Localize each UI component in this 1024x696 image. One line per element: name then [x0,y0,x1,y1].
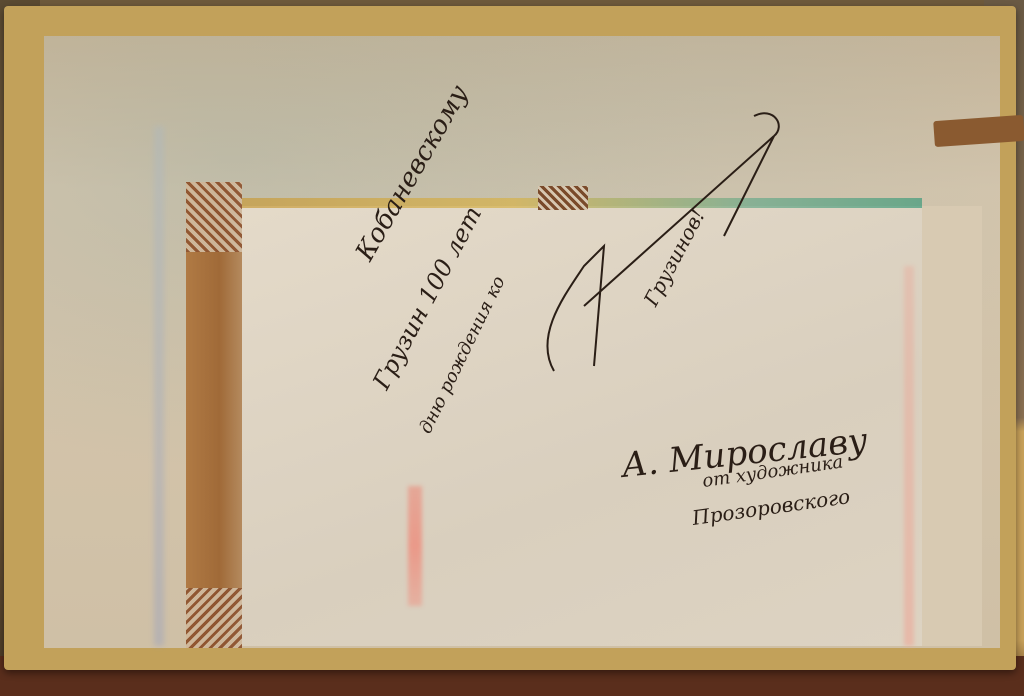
painting-board-back: Кобаневскому Грузин 100 лет дню рождения… [4,6,1016,670]
pink-pastel-mark [408,486,422,606]
right-paper-band [922,206,982,646]
brown-tape-strip [186,182,242,648]
tape-corner [933,115,1024,147]
photo-scene: Кобаневскому Грузин 100 лет дню рождения… [0,0,1024,696]
blue-pastel-streak [154,126,164,646]
signature-flourish [524,96,804,386]
pink-pastel-line [904,266,914,646]
